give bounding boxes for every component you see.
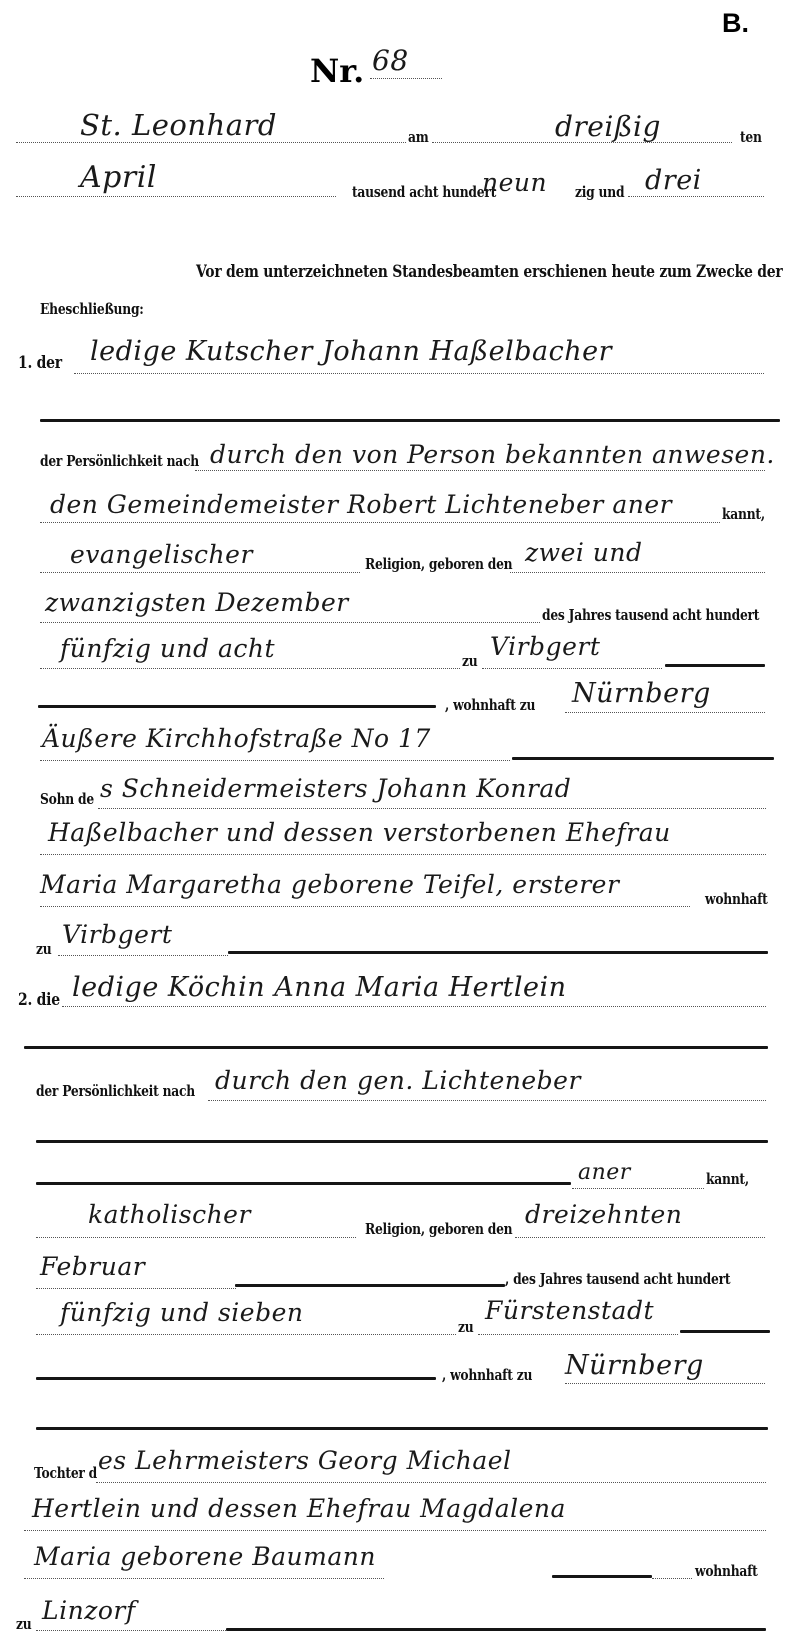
bride-kannt-prefix[interactable]: aner: [578, 1160, 631, 1185]
groom-birthday2-dots: [40, 622, 540, 623]
groom-parents-line2[interactable]: Haßelbacher und dessen verstorbenen Ehef…: [48, 818, 671, 847]
groom-zu-label: zu: [462, 652, 477, 670]
groom-religion-field[interactable]: evangelischer: [70, 540, 253, 569]
bride-kannt-dots: [572, 1188, 704, 1189]
intro-line-1: Vor dem unterzeichneten Standesbeamten e…: [196, 262, 782, 282]
groom-residence-rule: [38, 705, 436, 708]
bride-religion-field[interactable]: katholischer: [88, 1200, 251, 1229]
groom-parents-label: Sohn de: [40, 790, 94, 808]
groom-identity2-dots: [40, 522, 720, 523]
bride-parents-residence-field[interactable]: Linzorf: [42, 1596, 136, 1625]
bride-residence-city-field[interactable]: Nürnberg: [565, 1350, 704, 1381]
day-suffix-label: ten: [740, 128, 762, 146]
groom-number-label: 1. der: [18, 353, 62, 373]
record-number-label: Nr.: [310, 52, 364, 90]
bride-parents3-rule: [552, 1575, 652, 1578]
groom-religion-label: Religion, geboren den: [365, 555, 512, 573]
groom-identity-line1[interactable]: durch den von Person bekannten anwesen.: [210, 440, 775, 469]
bride-description-field[interactable]: ledige Köchin Anna Maria Hertlein: [72, 972, 567, 1003]
bride-residence-rule: [36, 1377, 436, 1380]
place-dots: [16, 142, 406, 143]
record-number-dots: [370, 78, 442, 79]
year-units-field[interactable]: drei: [645, 165, 702, 196]
bride-identity2-rule: [36, 1140, 768, 1143]
groom-birth-place-field[interactable]: Virbgert: [490, 632, 600, 661]
bride-residence-label: , wohnhaft zu: [442, 1366, 532, 1384]
year-units-dots: [628, 196, 764, 197]
bride-identity-label: der Persönlichkeit nach: [36, 1082, 195, 1100]
bride-residence-dots: [565, 1383, 765, 1384]
groom-religion-dots: [40, 572, 360, 573]
groom-parents-residence-dots: [58, 955, 228, 956]
groom-birth-year-field[interactable]: fünfzig und acht: [60, 634, 275, 663]
groom-birth-year-label: des Jahres tausend acht hundert: [542, 606, 759, 624]
year-label: tausend acht hundert: [352, 183, 496, 201]
bride-birth-place-dots: [478, 1334, 678, 1335]
groom-parents2-dots: [40, 854, 766, 855]
year-tens-field[interactable]: neun: [482, 168, 547, 197]
bride-identity-dots: [208, 1100, 766, 1101]
groom-parents-residence-rule: [228, 951, 768, 954]
bride-street-rule: [36, 1427, 768, 1430]
groom-parents-residence-field[interactable]: Virbgert: [62, 920, 172, 949]
groom-parents1-dots: [98, 808, 766, 809]
bride-birth-month-field[interactable]: Februar: [40, 1252, 145, 1281]
groom-description-field[interactable]: ledige Kutscher Johann Haßelbacher: [90, 336, 612, 367]
zig-und-label: zig und: [575, 183, 624, 201]
bride-parents1-dots: [96, 1482, 766, 1483]
day-field[interactable]: dreißig: [555, 110, 661, 143]
bride-birth-place-rule: [680, 1330, 770, 1333]
groom-birth-day-field[interactable]: zwei und: [525, 538, 643, 567]
am-label: am: [408, 128, 429, 146]
groom-identity-label: der Persönlichkeit nach: [40, 452, 199, 470]
groom-birth-day2-field[interactable]: zwanzigsten Dezember: [45, 588, 349, 617]
intro-line-2: Eheschließung:: [40, 300, 144, 318]
groom-street-dots: [40, 760, 510, 761]
bride-parents-zu-label: zu: [16, 1615, 31, 1633]
groom-birth-year-dots: [40, 668, 460, 669]
bride-religion-dots: [36, 1237, 356, 1238]
bride-parents-line2[interactable]: Hertlein und dessen Ehefrau Magdalena: [32, 1494, 566, 1523]
groom-divider: [40, 419, 780, 422]
groom-parents3-dots: [40, 906, 690, 907]
bride-birth-year-dots: [36, 1334, 456, 1335]
bride-parents3-tail-dots: [652, 1578, 692, 1579]
groom-identity-line2[interactable]: den Gemeindemeister Robert Lichteneber a…: [50, 490, 672, 519]
bride-parents-residence-label: wohnhaft: [695, 1562, 758, 1580]
bride-parents-residence-dots: [36, 1630, 226, 1631]
groom-residence-city-field[interactable]: Nürnberg: [572, 678, 711, 709]
bride-birthmonth-dots: [36, 1288, 236, 1289]
month-field[interactable]: April: [80, 160, 157, 195]
bride-parents-line1[interactable]: es Lehrmeisters Georg Michael: [98, 1446, 512, 1475]
groom-birth-place-rule: [665, 664, 765, 667]
bride-kannt-rule: [36, 1182, 571, 1185]
corner-label: B.: [722, 8, 749, 39]
bride-parents-line3[interactable]: Maria geborene Baumann: [34, 1542, 376, 1571]
groom-parents-residence-label: wohnhaft: [705, 890, 768, 908]
groom-residence-street-field[interactable]: Äußere Kirchhofstraße No 17: [42, 724, 431, 753]
groom-birth-place-dots: [482, 668, 662, 669]
place-field[interactable]: St. Leonhard: [80, 108, 277, 142]
bride-religion-label: Religion, geboren den: [365, 1220, 512, 1238]
bride-kannt-label: kannt,: [706, 1170, 749, 1188]
groom-residence-dots: [565, 712, 765, 713]
groom-parents-line1[interactable]: s Schneidermeisters Johann Konrad: [100, 774, 571, 803]
bride-number-label: 2. die: [18, 990, 60, 1010]
bride-identity-line1[interactable]: durch den gen. Lichteneber: [215, 1066, 581, 1095]
groom-parents-zu-label: zu: [36, 940, 51, 958]
bride-birth-year-label: , des Jahres tausend acht hundert: [505, 1270, 730, 1288]
bride-zu-label: zu: [458, 1318, 473, 1336]
bride-parents3-dots: [24, 1578, 384, 1579]
groom-desc-dots: [74, 373, 764, 374]
bride-parents-label: Tochter d: [34, 1464, 97, 1482]
record-number-value[interactable]: 68: [372, 44, 409, 77]
bride-birthmonth-rule: [235, 1284, 505, 1287]
bride-birthday-dots: [515, 1237, 765, 1238]
bride-divider: [24, 1046, 768, 1049]
groom-identity-dots: [195, 470, 765, 471]
bride-birth-day-field[interactable]: dreizehnten: [525, 1200, 682, 1229]
groom-residence-label: , wohnhaft zu: [445, 696, 535, 714]
bride-parents-residence-rule: [226, 1628, 766, 1631]
groom-parents-line3[interactable]: Maria Margaretha geborene Teifel, erster…: [40, 870, 619, 899]
groom-kannt-label: kannt,: [722, 505, 765, 523]
bride-birth-place-field[interactable]: Fürstenstadt: [485, 1296, 654, 1325]
bride-birth-year-field[interactable]: fünfzig und sieben: [60, 1298, 304, 1327]
groom-street-rule: [512, 757, 774, 760]
bride-parents2-dots: [24, 1530, 766, 1531]
groom-birthday-dots: [510, 572, 765, 573]
month-dots: [16, 196, 336, 197]
bride-desc-dots: [62, 1006, 766, 1007]
